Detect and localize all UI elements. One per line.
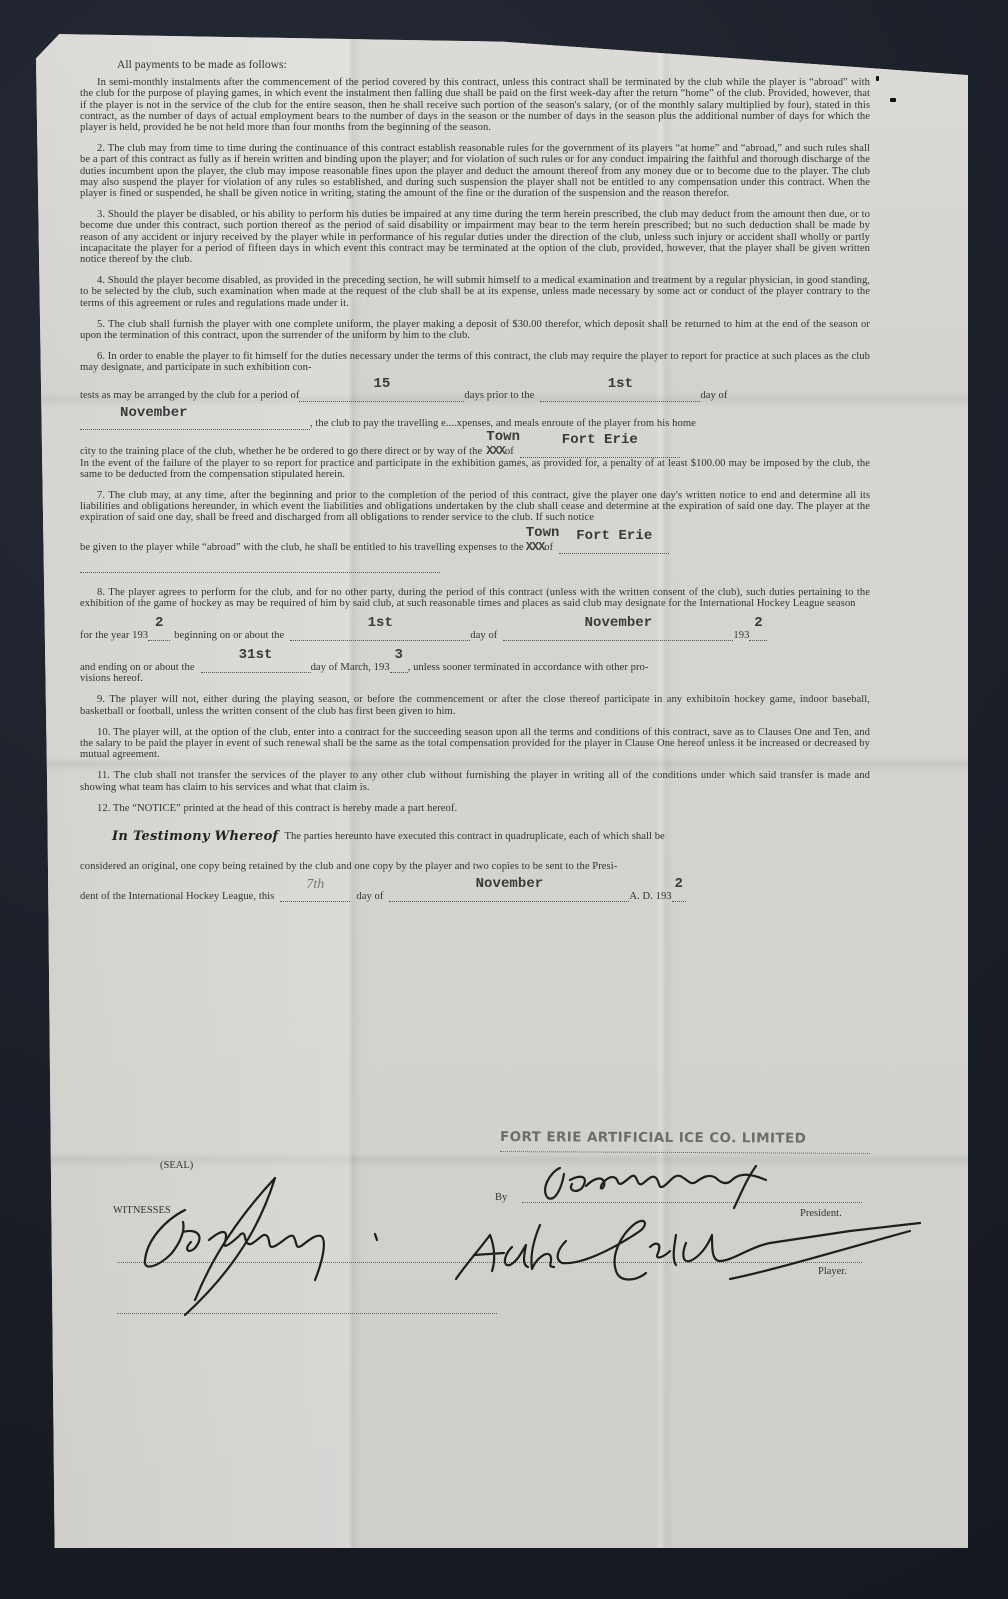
clause-6-text: tests as may be arranged by the club for… — [80, 390, 299, 401]
clause-6-row-2: November , the club to pay the travellin… — [80, 402, 870, 430]
struck-city-word: XXX — [526, 540, 545, 554]
testimony-row-3: dent of the International Hockey League,… — [80, 872, 870, 902]
start-year-value: 2 — [754, 615, 762, 631]
start-day-value: 1st — [368, 615, 393, 631]
return-place-value: Fort Erie — [576, 528, 652, 544]
testimony-row-2: considered an original, one copy being r… — [80, 842, 870, 872]
testimony-text: dent of the International Hockey League,… — [80, 891, 274, 902]
practice-month-field: November — [80, 414, 310, 430]
clause-4: 4. Should the player become disabled, as… — [80, 275, 870, 309]
player-signature — [450, 1195, 930, 1305]
training-place-value: Fort Erie — [562, 432, 638, 448]
clause-1: In semi-monthly instalments after the co… — [80, 77, 870, 133]
clause-12: 12. The “NOTICE” printed at the head of … — [80, 803, 870, 814]
testimony-text: considered an original, one copy being r… — [80, 861, 617, 872]
struck-city-word: XXX — [486, 444, 505, 458]
practice-day-value: 1st — [608, 376, 633, 392]
clause-8: 8. The player agrees to perform for the … — [80, 587, 870, 609]
ink-speck — [890, 98, 896, 102]
clause-8-text: and ending on or about the — [80, 662, 195, 673]
company-stamp: FORT ERIE ARTIFICIAL ICE CO. LIMITED — [500, 1129, 870, 1154]
clause-7: 7. The club may, at any time, after the … — [80, 490, 870, 524]
blank-line — [80, 554, 440, 573]
clause-8-text: beginning on or about the — [174, 630, 284, 641]
start-month-value: November — [585, 615, 653, 631]
end-year-field: 3 — [390, 656, 408, 673]
clause-6-row-1: tests as may be arranged by the club for… — [80, 374, 870, 402]
signing-month-field: November — [389, 885, 629, 902]
witness-signature — [125, 1170, 415, 1320]
clause-8-text: 193 — [733, 630, 749, 641]
end-day-value: 31st — [239, 647, 273, 663]
practice-days-value: 15 — [373, 376, 390, 392]
clause-10: 10. The player will, at the option of th… — [80, 727, 870, 761]
season-year-field: 2 — [148, 624, 170, 641]
ink-speck — [876, 76, 879, 81]
start-month-field: November — [503, 624, 733, 641]
clause-8-row-2: and ending on or about the 31st day of M… — [80, 641, 870, 673]
clause-7-text: be given to the player while “abroad” wi… — [80, 542, 524, 553]
clause-6-text: , the club to pay the travelling e....xp… — [310, 418, 696, 429]
clause-6-text: of — [505, 446, 514, 457]
typed-town-correction: Town — [486, 432, 505, 443]
clause-6-text: day of — [700, 390, 727, 401]
clause-8-row-1: for the year 193 2 beginning on or about… — [80, 609, 870, 641]
start-year-field: 2 — [749, 624, 767, 641]
signing-month-value: November — [476, 876, 544, 892]
testimony-row-1: In Testimony Whereof The parties hereunt… — [80, 818, 870, 842]
clause-7-row: be given to the player while “abroad” wi… — [80, 524, 870, 554]
clause-8-text: for the year 193 — [80, 630, 148, 641]
clause-8-text: day of March, 193 — [311, 662, 390, 673]
clause-6: 6. In order to enable the player to fit … — [80, 351, 870, 373]
return-place-field: Fort Erie — [559, 537, 669, 554]
practice-day-field: 1st — [540, 385, 700, 402]
testimony-text: The parties hereunto have executed this … — [284, 831, 664, 842]
start-day-field: 1st — [290, 624, 470, 641]
clause-8-tail: visions hereof. — [80, 673, 870, 684]
contract-body: All payments to be made as follows: In s… — [80, 60, 870, 902]
clause-3: 3. Should the player be disabled, or his… — [80, 209, 870, 265]
signing-year-field: 2 — [672, 885, 686, 902]
typed-town-correction: Town — [526, 528, 545, 539]
clause-6-text: days prior to the — [464, 390, 534, 401]
clause-8-text: , unless sooner terminated in accordance… — [408, 662, 649, 673]
clause-8-text: day of — [470, 630, 497, 641]
payments-intro: All payments to be made as follows: — [117, 60, 870, 71]
training-place-field: Fort Erie — [520, 441, 680, 458]
clause-2: 2. The club may from time to time during… — [80, 143, 870, 199]
practice-days-field: 15 — [299, 385, 464, 402]
practice-month-value: November — [120, 405, 188, 421]
signing-year-value: 2 — [674, 876, 682, 892]
end-day-field: 31st — [201, 656, 311, 673]
clause-9: 9. The player will not, either during th… — [80, 694, 870, 716]
clause-7-text: of — [544, 542, 553, 553]
clause-6-tail: In the event of the failure of the playe… — [80, 458, 870, 480]
clause-11: 11. The club shall not transfer the serv… — [80, 770, 870, 792]
clause-5: 5. The club shall furnish the player wit… — [80, 319, 870, 341]
clause-6-text: city to the training place of the club, … — [80, 446, 482, 457]
clause-6-row-3: city to the training place of the club, … — [80, 430, 870, 458]
signing-day-value: 7th — [306, 877, 324, 892]
testimony-text: A. D. 193 — [629, 891, 671, 902]
signing-day-field: 7th — [280, 885, 350, 902]
end-year-value: 3 — [394, 647, 402, 663]
testimony-text: day of — [356, 891, 383, 902]
season-year-value: 2 — [155, 615, 163, 631]
testimony-heading: In Testimony Whereof — [112, 831, 278, 842]
